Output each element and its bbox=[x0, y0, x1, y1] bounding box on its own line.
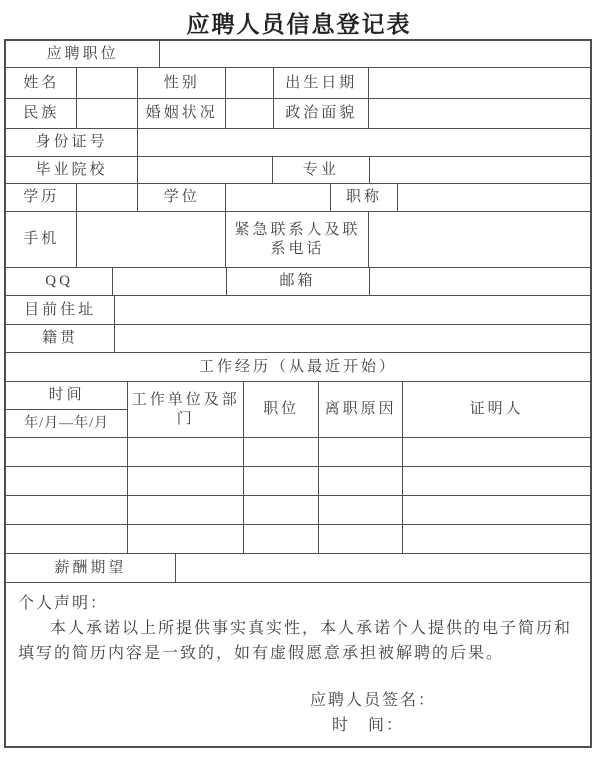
input-gender[interactable] bbox=[226, 68, 274, 98]
label-gender: 性别 bbox=[138, 68, 226, 98]
work-exp-cell-leave-reason[interactable] bbox=[319, 496, 403, 524]
work-exp-section-title: 工作经历（从最近开始） bbox=[6, 353, 590, 381]
input-political-status[interactable] bbox=[369, 99, 590, 128]
label-degree: 学位 bbox=[138, 184, 226, 211]
work-exp-col-company: 工作单位及部门 bbox=[128, 382, 244, 437]
date-label: 时 间： bbox=[18, 713, 578, 738]
label-qq: QQ bbox=[6, 268, 113, 295]
work-exp-col-reference: 证明人 bbox=[403, 382, 590, 437]
input-salary-expectation[interactable] bbox=[176, 554, 590, 582]
label-mobile: 手机 bbox=[6, 212, 77, 267]
input-education[interactable] bbox=[77, 184, 138, 211]
work-exp-col-time-format: 年/月—年/月 bbox=[6, 409, 127, 437]
row-education-degree-title: 学历 学位 职称 bbox=[6, 184, 590, 212]
work-exp-cell-time[interactable] bbox=[6, 496, 128, 524]
label-current-address: 目前住址 bbox=[6, 296, 115, 324]
work-exp-cell-time[interactable] bbox=[6, 467, 128, 495]
row-id-number: 身份证号 bbox=[6, 129, 590, 157]
page-title: 应聘人员信息登记表 bbox=[0, 6, 598, 39]
declaration-body: 本人承诺以上所提供事实真实性，本人承诺个人提供的电子简历和填写的简历内容是一致的… bbox=[18, 616, 578, 666]
label-native-place: 籍贯 bbox=[6, 325, 115, 352]
work-exp-cell-reference[interactable] bbox=[403, 525, 590, 553]
row-current-address: 目前住址 bbox=[6, 296, 590, 325]
label-email: 邮箱 bbox=[227, 268, 370, 295]
work-exp-cell-company[interactable] bbox=[128, 496, 244, 524]
work-exp-cell-position[interactable] bbox=[244, 467, 319, 495]
label-name: 姓名 bbox=[6, 68, 77, 98]
work-exp-col-leave-reason: 离职原因 bbox=[319, 382, 403, 437]
input-email[interactable] bbox=[370, 268, 590, 295]
row-position: 应聘职位 bbox=[6, 41, 590, 68]
row-school-major: 毕业院校 专业 bbox=[6, 157, 590, 184]
label-salary-expectation: 薪酬期望 bbox=[6, 554, 176, 582]
work-exp-cell-position[interactable] bbox=[244, 525, 319, 553]
label-political-status: 政治面貌 bbox=[274, 99, 369, 128]
work-exp-row bbox=[6, 525, 590, 554]
input-qq[interactable] bbox=[113, 268, 226, 295]
input-position[interactable] bbox=[160, 41, 590, 67]
work-exp-col-position: 职位 bbox=[244, 382, 319, 437]
input-name[interactable] bbox=[77, 68, 138, 98]
input-emergency-contact[interactable] bbox=[369, 212, 590, 267]
work-exp-col-time: 时间 年/月—年/月 bbox=[6, 382, 128, 437]
label-marital-status: 婚姻状况 bbox=[138, 99, 226, 128]
input-school[interactable] bbox=[138, 157, 273, 183]
row-qq-email: QQ 邮箱 bbox=[6, 268, 590, 296]
work-exp-row bbox=[6, 467, 590, 496]
label-education: 学历 bbox=[6, 184, 77, 211]
work-exp-cell-company[interactable] bbox=[128, 467, 244, 495]
label-ethnicity: 民族 bbox=[6, 99, 77, 128]
work-exp-cell-position[interactable] bbox=[244, 496, 319, 524]
row-name-gender-birth: 姓名 性别 出生日期 bbox=[6, 68, 590, 99]
work-exp-cell-time[interactable] bbox=[6, 525, 128, 553]
input-mobile[interactable] bbox=[77, 212, 226, 267]
row-salary-expectation: 薪酬期望 bbox=[6, 554, 590, 583]
registration-table: 应聘职位 姓名 性别 出生日期 民族 婚姻状况 政治面貌 身份证号 bbox=[4, 39, 592, 748]
declaration-heading: 个人声明： bbox=[18, 591, 578, 616]
row-ethnicity-marital-political: 民族 婚姻状况 政治面貌 bbox=[6, 99, 590, 129]
work-exp-cell-reference[interactable] bbox=[403, 438, 590, 466]
label-birth-date: 出生日期 bbox=[274, 68, 369, 98]
input-native-place[interactable] bbox=[115, 325, 590, 352]
label-school: 毕业院校 bbox=[6, 157, 138, 183]
row-work-exp-header: 时间 年/月—年/月 工作单位及部门 职位 离职原因 证明人 bbox=[6, 382, 590, 438]
work-exp-cell-reference[interactable] bbox=[403, 467, 590, 495]
label-position: 应聘职位 bbox=[6, 41, 160, 67]
input-marital-status[interactable] bbox=[226, 99, 274, 128]
work-exp-cell-reference[interactable] bbox=[403, 496, 590, 524]
label-emergency-contact: 紧急联系人及联系电话 bbox=[226, 212, 369, 267]
input-ethnicity[interactable] bbox=[77, 99, 138, 128]
declaration-section: 个人声明： 本人承诺以上所提供事实真实性，本人承诺个人提供的电子简历和填写的简历… bbox=[6, 583, 590, 746]
work-exp-cell-leave-reason[interactable] bbox=[319, 525, 403, 553]
work-exp-cell-company[interactable] bbox=[128, 525, 244, 553]
work-exp-row bbox=[6, 438, 590, 467]
work-exp-col-time-label: 时间 bbox=[6, 382, 127, 409]
input-job-title[interactable] bbox=[398, 184, 590, 211]
input-current-address[interactable] bbox=[115, 296, 590, 324]
input-degree[interactable] bbox=[226, 184, 330, 211]
work-exp-cell-leave-reason[interactable] bbox=[319, 438, 403, 466]
row-work-exp-section: 工作经历（从最近开始） bbox=[6, 353, 590, 382]
work-exp-cell-company[interactable] bbox=[128, 438, 244, 466]
work-exp-cell-time[interactable] bbox=[6, 438, 128, 466]
label-major: 专业 bbox=[273, 157, 369, 183]
label-job-title: 职称 bbox=[331, 184, 399, 211]
work-exp-row bbox=[6, 496, 590, 525]
input-birth-date[interactable] bbox=[369, 68, 590, 98]
work-exp-cell-leave-reason[interactable] bbox=[319, 467, 403, 495]
row-mobile-emergency: 手机 紧急联系人及联系电话 bbox=[6, 212, 590, 268]
input-major[interactable] bbox=[370, 157, 590, 183]
registration-form-page: 应聘人员信息登记表 应聘职位 姓名 性别 出生日期 民族 婚姻状况 政治面貌 身 bbox=[0, 0, 598, 757]
input-id-number[interactable] bbox=[138, 129, 590, 156]
label-id-number: 身份证号 bbox=[6, 129, 138, 156]
signature-label: 应聘人员签名： bbox=[18, 688, 578, 713]
row-native-place: 籍贯 bbox=[6, 325, 590, 353]
work-exp-cell-position[interactable] bbox=[244, 438, 319, 466]
